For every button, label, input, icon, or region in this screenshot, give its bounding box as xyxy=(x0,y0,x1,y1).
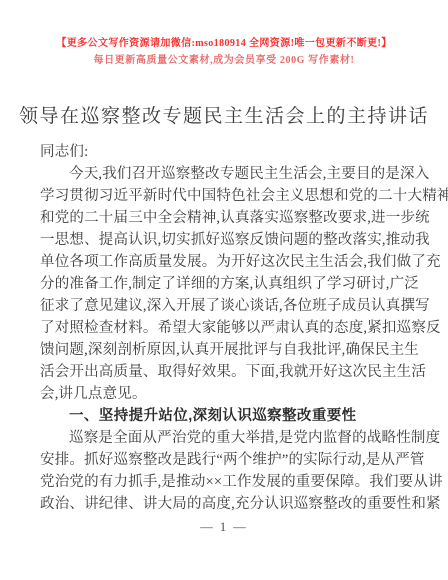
body-line: 党治党的有力抓手,是推动××工作发展的重要保障。我们要从讲 xyxy=(40,471,414,493)
body-line: 同志们: xyxy=(40,141,414,163)
body-line: 安排。抓好巡察整改是践行“两个维护”的实际行动,是从严管 xyxy=(40,449,414,471)
document-page: 【更多公文写作资源请加微信:mso180914 全网资源!唯一包更新不断更!】 … xyxy=(0,0,448,580)
document-body: 同志们:今天,我们召开巡察整改专题民主生活会,主要目的是深入学习贯彻习近平新时代… xyxy=(40,141,414,515)
body-line: 单位各项工作高质量发展。为开好这次民主生活会,我们做了充 xyxy=(40,251,414,273)
body-line: 巡察是全面从严治党的重大举措,是党内监督的战略性制度 xyxy=(40,427,414,449)
body-line: 馈问题,深刻剖析原因,认真开展批评与自我批评,确保民主生 xyxy=(40,339,414,361)
body-line: 分的准备工作,制定了详细的方案,认真组织了学习研讨,广泛 xyxy=(40,273,414,295)
document-title: 领导在巡察整改专题民主生活会上的主持讲话 xyxy=(0,101,448,128)
body-line: 和党的二十届三中全会精神,认真落实巡察整改要求,进一步统 xyxy=(40,207,414,229)
body-line: 政治、讲纪律、讲大局的高度,充分认识巡察整改的重要性和紧 xyxy=(40,493,414,515)
promo-notice-line2: 每日更新高质量公文素材,成为会员享受 200G 写作素材! xyxy=(0,53,448,68)
body-line: 征求了意见建议,深入开展了谈心谈话,各位班子成员认真撰写 xyxy=(40,295,414,317)
body-line: 活会开出高质量、取得好效果。下面,我就开好这次民主生活 xyxy=(40,361,414,383)
body-line: 今天,我们召开巡察整改专题民主生活会,主要目的是深入 xyxy=(40,163,414,185)
page-number: — 1 — xyxy=(0,520,448,535)
body-line: 了对照检查材料。希望大家能够以严肃认真的态度,紧扣巡察反 xyxy=(40,317,414,339)
section-heading: 一、坚持提升站位,深刻认识巡察整改重要性 xyxy=(40,405,414,427)
body-line: 学习贯彻习近平新时代中国特色社会主义思想和党的二十大精神 xyxy=(40,185,414,207)
body-line: 会,讲几点意见。 xyxy=(40,383,414,405)
promo-notice-line1: 【更多公文写作资源请加微信:mso180914 全网资源!唯一包更新不断更!】 xyxy=(0,36,448,51)
promo-notice: 【更多公文写作资源请加微信:mso180914 全网资源!唯一包更新不断更!】 … xyxy=(0,36,448,68)
body-line: 一思想、提高认识,切实抓好巡察反馈问题的整改落实,推动我 xyxy=(40,229,414,251)
